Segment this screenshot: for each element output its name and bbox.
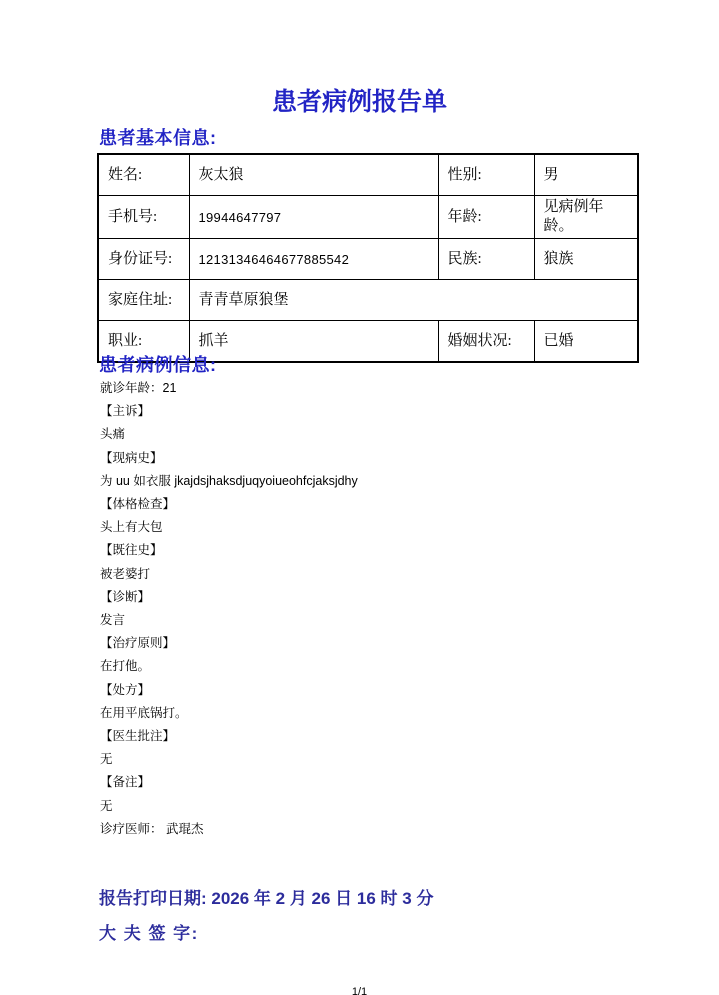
cell-occupation-value: 抓羊 [189,321,438,363]
header-remarks: 【备注】 [100,771,640,794]
cell-gender-label: 性别: [438,154,534,196]
cell-marital-value: 已婚 [534,321,638,363]
basic-info-table: 姓名: 灰太狼 性别: 男 手机号: 19944647797 年龄: 见病例年龄… [97,153,639,363]
report-page: 患者病例报告单 患者基本信息: 姓名: 灰太狼 性别: 男 手机号: 19944… [0,0,719,995]
cell-marital-label: 婚姻状况: [438,321,534,363]
table-row-name-gender: 姓名: 灰太狼 性别: 男 [98,154,638,196]
table-row-address: 家庭住址: 青青草原狼堡 [98,280,638,321]
cell-ethnicity-value: 狼族 [534,239,638,280]
table-row-id-ethnicity: 身份证号: 12131346464677885542 民族: 狼族 [98,239,638,280]
basic-info-heading: 患者基本信息: [99,124,217,150]
header-chief-complaint: 【主诉】 [100,400,640,423]
text-prescription: 在用平底锅打。 [100,702,640,725]
cell-age-value: 见病例年龄。 [534,196,638,239]
text-past-history: 被老婆打 [100,563,640,586]
text-diagnosis: 发言 [100,609,640,632]
cell-id-value: 12131346464677885542 [189,239,438,280]
cell-ethnicity-label: 民族: [438,239,534,280]
cell-phone-label: 手机号: [98,196,189,239]
case-info-section: 就诊年龄：21 【主诉】 头痛 【现病史】 为 uu 如衣服 jkajdsjha… [100,377,640,841]
text-treatment-principle: 在打他。 [100,655,640,678]
line-attending-doctor: 诊疗医师： 武琨杰 [100,818,640,841]
cell-address-label: 家庭住址: [98,280,189,321]
cell-gender-value: 男 [534,154,638,196]
line-visit-age: 就诊年龄：21 [100,377,640,400]
report-title: 患者病例报告单 [0,82,719,118]
header-treatment-principle: 【治疗原则】 [100,632,640,655]
header-past-history: 【既往史】 [100,539,640,562]
cell-age-label: 年龄: [438,196,534,239]
print-date-line: 报告打印日期: 2026 年 2 月 26 日 16 时 3 分 [99,884,433,909]
cell-name-label: 姓名: [98,154,189,196]
case-info-heading: 患者病例信息: [99,351,217,377]
header-diagnosis: 【诊断】 [100,586,640,609]
cell-address-value: 青青草原狼堡 [189,280,638,321]
text-doctor-note: 无 [100,748,640,771]
table-row-phone-age: 手机号: 19944647797 年龄: 见病例年龄。 [98,196,638,239]
page-number: 1/1 [0,986,719,995]
header-doctor-note: 【医生批注】 [100,725,640,748]
text-present-illness: 为 uu 如衣服 jkajdsjhaksdjuqyoiueohfcjaksjdh… [100,470,640,493]
doctor-signature-label: 大 夫 签 字: [99,919,199,944]
header-present-illness: 【现病史】 [100,447,640,470]
header-prescription: 【处方】 [100,679,640,702]
cell-id-label: 身份证号: [98,239,189,280]
header-physical-exam: 【体格检查】 [100,493,640,516]
text-remarks: 无 [100,795,640,818]
text-chief-complaint: 头痛 [100,423,640,446]
text-physical-exam: 头上有大包 [100,516,640,539]
cell-phone-value: 19944647797 [189,196,438,239]
cell-name-value: 灰太狼 [189,154,438,196]
